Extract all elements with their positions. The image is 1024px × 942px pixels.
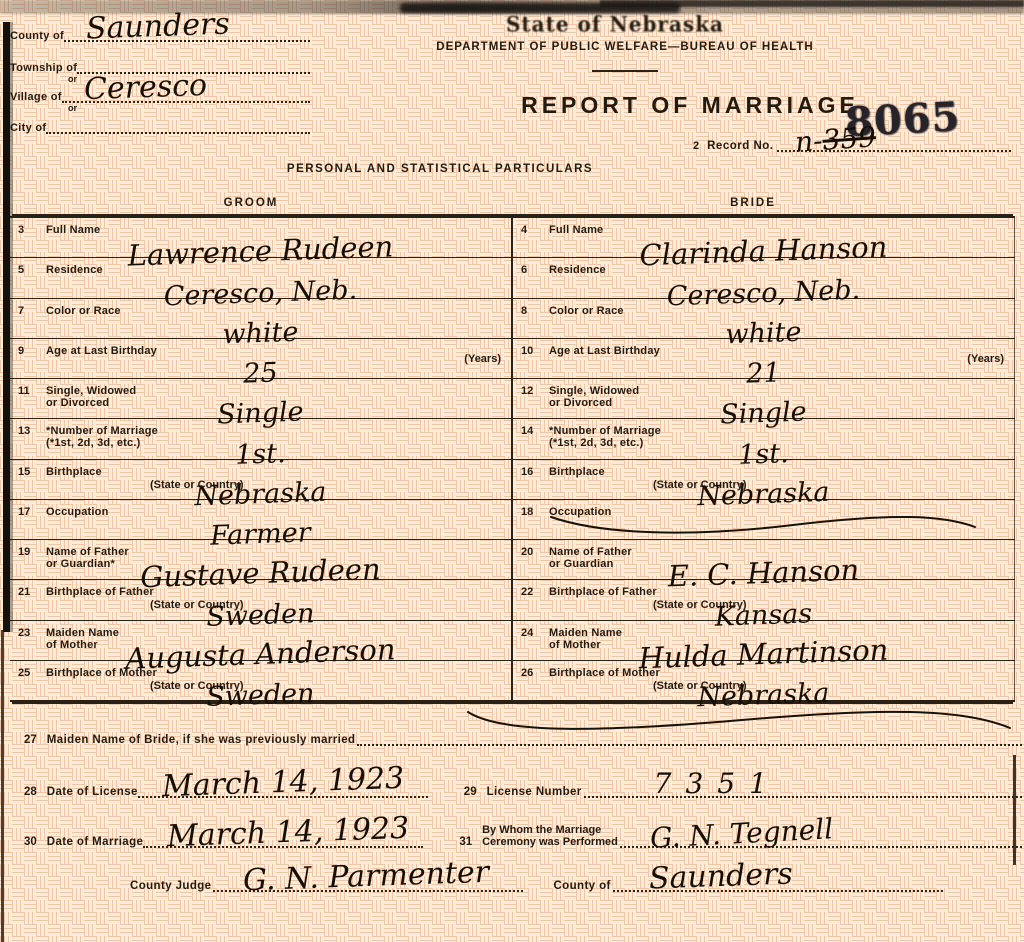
leader-line: 7351: [584, 784, 1024, 798]
judge-signature: G. N. Parmenter: [243, 855, 490, 899]
department-line: DEPARTMENT OF PUBLIC WELFARE—BUREAU OF H…: [375, 41, 875, 53]
leader-line: [357, 732, 1024, 746]
handwritten-value: 7351: [654, 767, 781, 800]
field-label: By Whom the Marriage Ceremony was Perfor…: [482, 824, 618, 848]
field-number: 22: [521, 586, 541, 598]
record-number-line: 2 Record No. n-359: [693, 138, 1011, 152]
city-label: City of: [10, 122, 46, 134]
divider-rule: [592, 70, 658, 72]
county-label: County of: [10, 30, 64, 42]
field-number: 16: [521, 466, 541, 478]
county-of-label: County of: [553, 880, 610, 892]
scan-smudge-corner: [600, 0, 1024, 7]
location-block: County of Saunders Township of or Villag…: [10, 26, 310, 134]
field-number: 7: [18, 305, 38, 317]
field-number: 28: [24, 786, 37, 798]
field-number: 21: [18, 586, 38, 598]
field-number: 9: [18, 345, 38, 357]
handwritten-value: March 14, 1923: [161, 761, 404, 804]
record-hand-prefix: n-: [794, 124, 824, 159]
report-title: REPORT OF MARRIAGE: [495, 92, 885, 119]
field-number: 29: [464, 786, 477, 798]
field-number: 31: [459, 836, 472, 848]
handwritten-value: Sweden: [50, 673, 472, 719]
field-number: 25: [18, 667, 38, 679]
scan-edge-line-right: [1013, 755, 1016, 865]
field-number: 18: [521, 506, 541, 518]
marriage-report-document: State of Nebraska DEPARTMENT OF PUBLIC W…: [0, 0, 1024, 942]
field-label: Date of Marriage: [47, 836, 144, 848]
field-number: 15: [18, 466, 38, 478]
field-label: Maiden Name of Bride, if she was previou…: [47, 734, 356, 746]
field-number: 3: [18, 224, 38, 236]
leader-line: G. N. Parmenter: [213, 878, 523, 892]
field-number: 23: [18, 627, 38, 639]
field-number: 14: [521, 425, 541, 437]
township-label: Township of: [10, 62, 77, 74]
city-leader: [46, 118, 310, 134]
city-line: City of: [10, 118, 310, 134]
leader-line: March 14, 1923: [138, 784, 428, 798]
record-index: 2: [693, 140, 699, 152]
field-number: 11: [18, 385, 38, 397]
scan-edge-bar-left: [3, 22, 10, 632]
section-title: PERSONAL AND STATISTICAL PARTICULARS: [180, 163, 700, 175]
field-number: 12: [521, 385, 541, 397]
county-handwritten: Saunders: [85, 7, 230, 47]
village-line: Village of Ceresco: [10, 87, 310, 103]
bride-cell-father-name: 20 Name of Fatheror Guardian E. C. Hanso…: [513, 540, 1015, 579]
field-label: Full Name: [549, 224, 603, 236]
field-number: 27: [24, 734, 37, 746]
county-line: County of Saunders: [10, 26, 310, 42]
record-leader-line: n-359: [777, 138, 1011, 152]
bride-column-header: BRIDE: [492, 197, 1014, 209]
leader-line: Saunders: [613, 878, 943, 892]
leader-line: March 14, 1923: [143, 834, 423, 848]
field-number: 5: [18, 264, 38, 276]
field-number: 4: [521, 224, 541, 236]
officiant-signature: G. N. Tegnell: [649, 812, 834, 855]
field-number: 26: [521, 667, 541, 679]
field-label: License Number: [487, 786, 582, 798]
groom-column-header: GROOM: [10, 197, 492, 209]
field-number: 19: [18, 546, 38, 558]
field-number: 30: [24, 836, 37, 848]
field-number: 6: [521, 264, 541, 276]
leader-line: G. N. Tegnell: [620, 834, 1024, 848]
record-handwritten: n-359: [794, 120, 877, 159]
marriage-date-line: 30 Date of Marriage March 14, 1923 31 By…: [10, 824, 1024, 848]
bride-cell-full-name: 4 Full Name Clarinda Hanson: [513, 218, 1015, 257]
particulars-table: 3 Full Name Lawrence Rudeen 4 Full Name …: [10, 216, 1015, 702]
handwritten-value: March 14, 1923: [167, 811, 410, 854]
village-leader: Ceresco: [62, 87, 310, 103]
village-handwritten: Ceresco: [83, 68, 207, 107]
table-row: 3 Full Name Lawrence Rudeen 4 Full Name …: [10, 218, 1015, 258]
scan-edge-line-left: [1, 630, 4, 942]
field-number: 10: [521, 345, 541, 357]
maiden-name-line: 27 Maiden Name of Bride, if she was prev…: [10, 732, 1024, 746]
field-number: 13: [18, 425, 38, 437]
judge-label: County Judge: [130, 880, 211, 892]
field-number: 20: [521, 546, 541, 558]
field-number: 17: [18, 506, 38, 518]
groom-cell-full-name: 3 Full Name Lawrence Rudeen: [10, 218, 513, 257]
license-date-line: 28 Date of License March 14, 1923 29 Lic…: [10, 784, 1024, 798]
state-title: State of Nebraska: [470, 11, 760, 36]
county-handwritten: Saunders: [648, 857, 793, 897]
record-hand-struck: 359: [822, 120, 878, 157]
record-label: Record No.: [707, 140, 773, 152]
field-label: Date of License: [47, 786, 138, 798]
county-leader: Saunders: [64, 26, 310, 42]
field-number: 24: [521, 627, 541, 639]
field-label: Full Name: [46, 224, 100, 236]
field-number: 8: [521, 305, 541, 317]
village-label: Village of: [10, 91, 62, 103]
county-judge-line: County Judge G. N. Parmenter County of S…: [10, 878, 1024, 892]
